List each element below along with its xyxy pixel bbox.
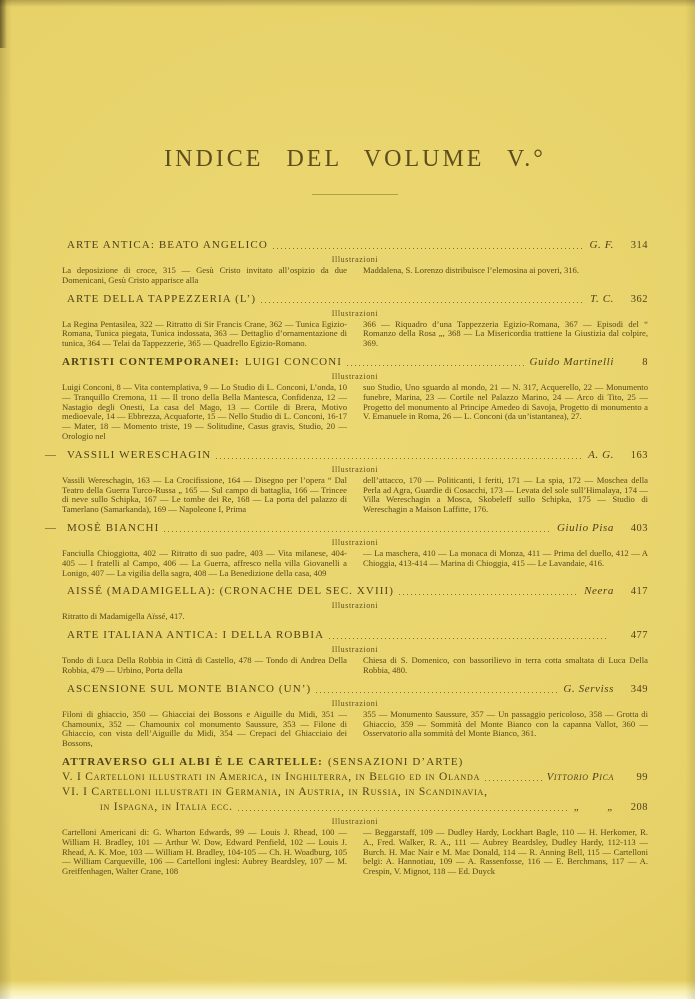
section-title: ARTE DELLA TAPPEZZERIA (L’) bbox=[67, 293, 256, 306]
illustrations-label: Illustrazioni bbox=[62, 372, 648, 381]
page-number: 362 bbox=[622, 293, 648, 306]
section-title: AISSÉ (MADAMIGELLA): (CRONACHE DEL SEC. … bbox=[67, 585, 394, 598]
dot-leader bbox=[273, 248, 585, 249]
illustrations-left-column: Tondo di Luca Della Robbia in Città di C… bbox=[62, 656, 347, 676]
illustrations-left-column: Vassili Wereschagin, 163 — La Crocifissi… bbox=[62, 476, 347, 515]
section-heading: AISSÉ (MADAMIGELLA): (CRONACHE DEL SEC. … bbox=[62, 585, 648, 598]
illustrations-left-column: Fanciulla Chioggiotta, 402 — Ritratto di… bbox=[62, 549, 347, 578]
author-name: Vittorio Pica bbox=[547, 771, 614, 784]
page-number: 477 bbox=[622, 629, 648, 642]
dot-leader bbox=[216, 458, 583, 459]
illustrations-left-column: La Regina Pentasilea, 322 — Ritratto di … bbox=[62, 320, 347, 349]
dot-leader bbox=[347, 365, 525, 366]
dot-leader bbox=[261, 302, 585, 303]
illustrations-columns: La Regina Pentasilea, 322 — Ritratto di … bbox=[62, 320, 648, 349]
page-number: 8 bbox=[622, 356, 648, 369]
section-title: (SENSAZIONI D’ARTE) bbox=[328, 756, 463, 769]
section-heading: ASCENSIONE SUL MONTE BIANCO (UN’) G. Ser… bbox=[62, 683, 648, 696]
illustrations-right-column: suo Studio, Uno sguardo al mondo, 21 — N… bbox=[363, 383, 648, 442]
section-heading: — VASSILI WERESCHAGIN A. G. 163 bbox=[62, 449, 648, 462]
section-title: ARTE ITALIANA ANTICA: I DELLA ROBBIA bbox=[67, 629, 324, 642]
illustrations-left-column: La deposizione di croce, 315 — Gesù Cris… bbox=[62, 266, 347, 286]
illustrations-right-column: 366 — Riquadro d’una Tappezzeria Egizio-… bbox=[363, 320, 648, 349]
author-name: Neera bbox=[584, 585, 614, 598]
section-heading: ARTE ITALIANA ANTICA: I DELLA ROBBIA 477 bbox=[62, 629, 648, 642]
illustrations-columns: Luigi Conconi, 8 — Vita contemplativa, 9… bbox=[62, 383, 648, 442]
page-number: 403 bbox=[622, 522, 648, 535]
sub-entry-v: V. I Cartelloni illustrati in America, i… bbox=[62, 771, 648, 784]
index-section: — VASSILI WERESCHAGIN A. G. 163 Illustra… bbox=[62, 449, 648, 515]
index-section: ATTRAVERSO GLI ALBI È LE CARTELLE: (SENS… bbox=[62, 756, 648, 877]
illustrations-columns: Cartelloni Americani di: G. Wharton Edwa… bbox=[62, 828, 648, 877]
illustrations-right-column: dell’attacco, 170 — Politicanti, I ferit… bbox=[363, 476, 648, 515]
section-title: LUIGI CONCONI bbox=[245, 356, 342, 369]
author-name: G. Serviss bbox=[563, 683, 614, 696]
index-section: ASCENSIONE SUL MONTE BIANCO (UN’) G. Ser… bbox=[62, 683, 648, 749]
section-title: ASCENSIONE SUL MONTE BIANCO (UN’) bbox=[67, 683, 311, 696]
ditto-marks: „ „ bbox=[574, 801, 614, 814]
sub-entry-vi-line1: VI. I Cartelloni illustrati in Germania,… bbox=[62, 786, 648, 799]
illustrations-right-column: — Beggarstaff, 109 — Dudley Hardy, Lockh… bbox=[363, 828, 648, 877]
illustrations-left-column: Ritratto di Madamigella Aïssé, 417. bbox=[62, 612, 347, 622]
section-heading: ATTRAVERSO GLI ALBI È LE CARTELLE: (SENS… bbox=[62, 756, 648, 769]
author-name: A. G. bbox=[588, 449, 614, 462]
illustrations-label: Illustrazioni bbox=[62, 255, 648, 264]
illustrations-label: Illustrazioni bbox=[62, 309, 648, 318]
illustrations-label: Illustrazioni bbox=[62, 601, 648, 610]
index-section: ARTE ANTICA: BEATO ANGELICO G. F. 314 Il… bbox=[62, 239, 648, 286]
page-number: 314 bbox=[622, 239, 648, 252]
index-section: ARTISTI CONTEMPORANEI: LUIGI CONCONI Gui… bbox=[62, 356, 648, 442]
illustrations-columns: Vassili Wereschagin, 163 — La Crocifissi… bbox=[62, 476, 648, 515]
author-name: G. F. bbox=[590, 239, 615, 252]
page-number: 99 bbox=[622, 771, 648, 784]
sub-entry-vi-line2: in Ispagna, in Italia ecc. „ „ 208 bbox=[62, 801, 648, 814]
section-heading: — MOSÈ BIANCHI Giulio Pisa 403 bbox=[62, 522, 648, 535]
index-section: ARTE ITALIANA ANTICA: I DELLA ROBBIA 477… bbox=[62, 629, 648, 676]
illustrations-columns: Filoni di ghiaccio, 350 — Ghiacciai dei … bbox=[62, 710, 648, 749]
illustrations-right-column bbox=[363, 612, 648, 622]
illustrations-label: Illustrazioni bbox=[62, 538, 648, 547]
illustrations-left-column: Luigi Conconi, 8 — Vita contemplativa, 9… bbox=[62, 383, 347, 442]
illustrations-label: Illustrazioni bbox=[62, 699, 648, 708]
section-title-bold: ARTISTI CONTEMPORANEI: bbox=[62, 356, 240, 369]
sub-entry-text: V. I Cartelloni illustrati in America, i… bbox=[62, 771, 480, 784]
dot-leader bbox=[399, 594, 579, 595]
section-heading: ARTISTI CONTEMPORANEI: LUIGI CONCONI Gui… bbox=[62, 356, 648, 369]
author-name: T. C. bbox=[590, 293, 614, 306]
scanned-index-page: INDICE DEL VOLUME V.° ARTE ANTICA: BEATO… bbox=[0, 0, 695, 999]
illustrations-label: Illustrazioni bbox=[62, 645, 648, 654]
title-divider-rule bbox=[312, 194, 398, 195]
page-number: 163 bbox=[622, 449, 648, 462]
illustrations-columns: Tondo di Luca Della Robbia in Città di C… bbox=[62, 656, 648, 676]
author-name: Giulio Pisa bbox=[557, 522, 614, 535]
section-heading: ARTE DELLA TAPPEZZERIA (L’) T. C. 362 bbox=[62, 293, 648, 306]
illustrations-columns: La deposizione di croce, 315 — Gesù Cris… bbox=[62, 266, 648, 286]
section-title: ARTE ANTICA: BEATO ANGELICO bbox=[67, 239, 268, 252]
author-name: Guido Martinelli bbox=[530, 356, 614, 369]
ditto-dash: — bbox=[45, 522, 57, 535]
scan-edge-shadow bbox=[0, 0, 7, 48]
ditto-dash: — bbox=[45, 449, 57, 462]
index-section: ARTE DELLA TAPPEZZERIA (L’) T. C. 362 Il… bbox=[62, 293, 648, 349]
illustrations-columns: Ritratto di Madamigella Aïssé, 417. bbox=[62, 612, 648, 622]
section-title: MOSÈ BIANCHI bbox=[67, 522, 159, 535]
illustrations-right-column: Chiesa di S. Domenico, con bassorilievo … bbox=[363, 656, 648, 676]
index-section: — MOSÈ BIANCHI Giulio Pisa 403 Illustraz… bbox=[62, 522, 648, 578]
illustrations-columns: Fanciulla Chioggiotta, 402 — Ritratto di… bbox=[62, 549, 648, 578]
section-heading: ARTE ANTICA: BEATO ANGELICO G. F. 314 bbox=[62, 239, 648, 252]
page-title: INDICE DEL VOLUME V.° bbox=[62, 146, 648, 172]
page-number: 208 bbox=[622, 801, 648, 814]
illustrations-left-column: Cartelloni Americani di: G. Wharton Edwa… bbox=[62, 828, 347, 877]
index-list: ARTE ANTICA: BEATO ANGELICO G. F. 314 Il… bbox=[62, 239, 648, 877]
illustrations-label: Illustrazioni bbox=[62, 817, 648, 826]
sub-entry-continuation: in Ispagna, in Italia ecc. bbox=[100, 801, 233, 814]
dot-leader bbox=[238, 810, 569, 811]
page-number: 417 bbox=[622, 585, 648, 598]
illustrations-label: Illustrazioni bbox=[62, 465, 648, 474]
index-section: AISSÉ (MADAMIGELLA): (CRONACHE DEL SEC. … bbox=[62, 585, 648, 622]
section-title: VASSILI WERESCHAGIN bbox=[67, 449, 211, 462]
illustrations-right-column: Maddalena, S. Lorenzo distribuisce l’ele… bbox=[363, 266, 648, 286]
illustrations-right-column: 355 — Monumento Saussure, 357 — Un passa… bbox=[363, 710, 648, 749]
section-title-bold: ATTRAVERSO GLI ALBI È LE CARTELLE: bbox=[62, 756, 323, 769]
dot-leader bbox=[485, 780, 541, 781]
dot-leader bbox=[329, 638, 609, 639]
page-number: 349 bbox=[622, 683, 648, 696]
illustrations-right-column: — La maschera, 410 — La monaca di Monza,… bbox=[363, 549, 648, 578]
dot-leader bbox=[164, 531, 552, 532]
dot-leader bbox=[316, 692, 558, 693]
page-content: INDICE DEL VOLUME V.° ARTE ANTICA: BEATO… bbox=[62, 0, 648, 877]
illustrations-left-column: Filoni di ghiaccio, 350 — Ghiacciai dei … bbox=[62, 710, 347, 749]
sub-entry-text: VI. I Cartelloni illustrati in Germania,… bbox=[62, 786, 488, 798]
